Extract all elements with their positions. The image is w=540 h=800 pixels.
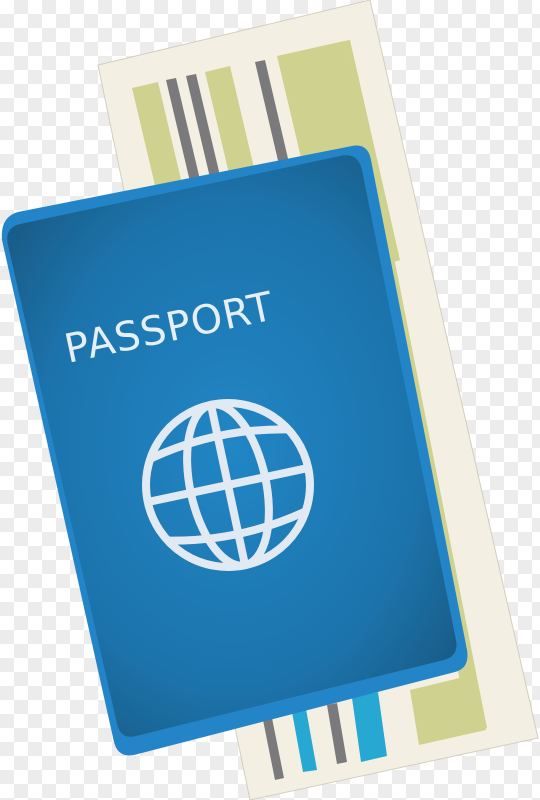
passport-illustration: PASSPORT: [0, 0, 540, 800]
